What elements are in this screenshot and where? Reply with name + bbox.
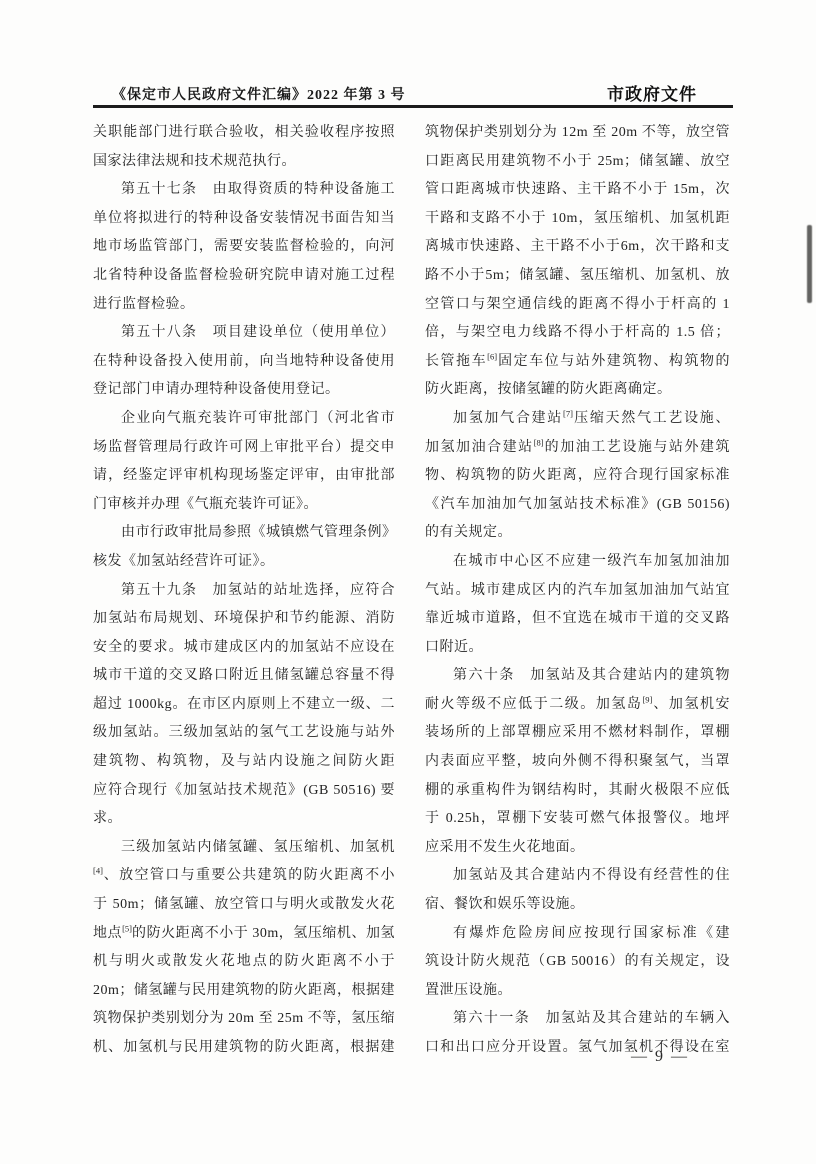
text-line: 筑物保护类别划分为 12m 至 20m 不等，放空管 [425,119,730,148]
text-line: 加氢加油合建站[8]的加油工艺设施与站外建筑 [425,434,730,463]
text-line: 长管拖车[6]固定车位与站外建筑物、构筑物的 [425,348,730,377]
footnote-marker: [5] [122,923,132,933]
text-line: 气站。城市建成区内的汽车加氢加油加气站宜 [425,577,730,606]
text-line: 机与明火或散发火花地点的防火距离不小于 [93,948,395,977]
page-number: — 9 — [600,1048,720,1066]
text-line: 口附近。 [425,634,730,663]
text-line: 第五十八条 项目建设单位（使用单位） [93,319,395,348]
text-line: 置泄压设施。 [425,977,730,1006]
text-line: 超过 1000kg。在市区内原则上不建立一级、二 [93,691,395,720]
text-column-right: 筑物保护类别划分为 12m 至 20m 不等，放空管口距离民用建筑物不小于 25… [425,119,730,1063]
text-line: 第五十九条 加氢站的站址选择，应符合 [93,577,395,606]
text-line: 第五十七条 由取得资质的特种设备施工 [93,176,395,205]
text-line: 于 50m；储氢罐、放空管口与明火或散发火花 [93,891,395,920]
text-line: 防火距离，按储氢罐的防火距离确定。 [425,376,730,405]
text-line: 干路和支路不小于 10m，氢压缩机、加氢机距 [425,205,730,234]
text-line: 求。 [93,805,395,834]
text-line: 机、加氢机与民用建筑物的防火距离，根据建 [93,1034,395,1063]
text-line: 离城市快速路、主干路不小于6m，次干路和支 [425,233,730,262]
text-line: 关职能部门进行联合验收，相关验收程序按照 [93,119,395,148]
text-line: 筑设计防火规范（GB 50016）的有关规定，设 [425,948,730,977]
text-line: 建筑物、构筑物，及与站内设施之间防火距离， [93,748,395,777]
text-line: 在特种设备投入使用前，向当地特种设备使用 [93,348,395,377]
text-line: 安全的要求。城市建成区内的加氢站不应设在 [93,634,395,663]
text-line: 地市场监管部门，需要安装监督检验的，向河 [93,233,395,262]
text-line: 加氢站布局规划、环境保护和节约能源、消防 [93,605,395,634]
text-line: 的有关规定。 [425,519,730,548]
footnote-marker: [6] [487,351,497,361]
header-doc-category: 市政府文件 [607,80,697,105]
text-line: 企业向气瓶充装许可审批部门（河北省市 [93,405,395,434]
text-line: 20m；储氢罐与民用建筑物的防火距离，根据建 [93,977,395,1006]
text-line: 物、构筑物的防火距离，应符合现行国家标准 [425,462,730,491]
text-line: 靠近城市道路，但不宜选在城市干道的交叉路 [425,605,730,634]
scan-artifact [807,225,812,303]
text-line: 城市干道的交叉路口附近且储氢罐总容量不得 [93,662,395,691]
text-line: 级加氢站。三级加氢站的氢气工艺设施与站外 [93,719,395,748]
text-line: 路不小于5m；储氢罐、氢压缩机、加氢机、放 [425,262,730,291]
text-column-left: 关职能部门进行联合验收，相关验收程序按照国家法律法规和技术规范执行。第五十七条 … [93,119,395,1063]
text-line: 管口距离城市快速路、主干路不小于 15m，次 [425,176,730,205]
text-line: 有爆炸危险房间应按现行国家标准《建 [425,920,730,949]
text-line: 棚的承重构件为钢结构时，其耐火极限不应低 [425,777,730,806]
text-line: 应采用不发生火花地面。 [425,834,730,863]
text-line: 于 0.25h，罩棚下安装可燃气体报警仪。地坪 [425,805,730,834]
text-line: 筑物保护类别划分为 20m 至 25m 不等，氢压缩 [93,1005,395,1034]
footnote-marker: [8] [534,437,544,447]
text-line: 三级加氢站内储氢罐、氢压缩机、加氢机 [93,834,395,863]
footnote-marker: [7] [563,408,573,418]
text-line: 宿、餐饮和娱乐等设施。 [425,891,730,920]
text-line: 加氢加气合建站[7]压缩天然气工艺设施、 [425,405,730,434]
text-line: 单位将拟进行的特种设备安装情况书面告知当 [93,205,395,234]
text-line: 加氢站及其合建站内不得设有经营性的住 [425,862,730,891]
text-line: 由市行政审批局参照《城镇燃气管理条例》 [93,519,395,548]
text-line: 门审核并办理《气瓶充装许可证》。 [93,491,395,520]
text-line: 倍，与架空电力线路不得小于杆高的 1.5 倍； [425,319,730,348]
text-line: 请，经鉴定评审机构现场鉴定评审，由审批部 [93,462,395,491]
text-line: 核发《加氢站经营许可证》。 [93,548,395,577]
footnote-marker: [9] [642,694,652,704]
text-line: 内表面应平整，坡向外侧不得积聚氢气，当罩 [425,748,730,777]
text-line: 空管口与架空通信线的距离不得小于杆高的 1 [425,291,730,320]
text-line: 登记部门申请办理特种设备使用登记。 [93,376,395,405]
text-line: 口距离民用建筑物不小于 25m；储氢罐、放空 [425,148,730,177]
text-line: 地点[5]的防火距离不小于 30m，氢压缩机、加氢 [93,920,395,949]
header-rule [93,105,733,108]
text-line: 在城市中心区不应建一级汽车加氢加油加 [425,548,730,577]
text-line: 装场所的上部罩棚应采用不燃材料制作，罩棚 [425,719,730,748]
text-line: 应符合现行《加氢站技术规范》(GB 50516) 要 [93,777,395,806]
document-page: 《保定市人民政府文件汇编》2022 年第 3 号 市政府文件 关职能部门进行联合… [0,0,816,1164]
footnote-marker: [4] [93,866,103,876]
text-line: 第六十条 加氢站及其合建站内的建筑物 [425,662,730,691]
text-line: 耐火等级不应低于二级。加氢岛[9]、加氢机安 [425,691,730,720]
text-line: 第六十一条 加氢站及其合建站的车辆入 [425,1005,730,1034]
text-line: 北省特种设备监督检验研究院申请对施工过程 [93,262,395,291]
text-line: 场监督管理局行政许可网上审批平台）提交申 [93,434,395,463]
text-line: 国家法律法规和技术规范执行。 [93,148,395,177]
text-line: [4]、放空管口与重要公共建筑的防火距离不小 [93,862,395,891]
text-line: 《汽车加油加气加氢站技术标准》(GB 50156) [425,491,730,520]
header-compilation-title: 《保定市人民政府文件汇编》2022 年第 3 号 [112,84,406,104]
text-line: 进行监督检验。 [93,291,395,320]
